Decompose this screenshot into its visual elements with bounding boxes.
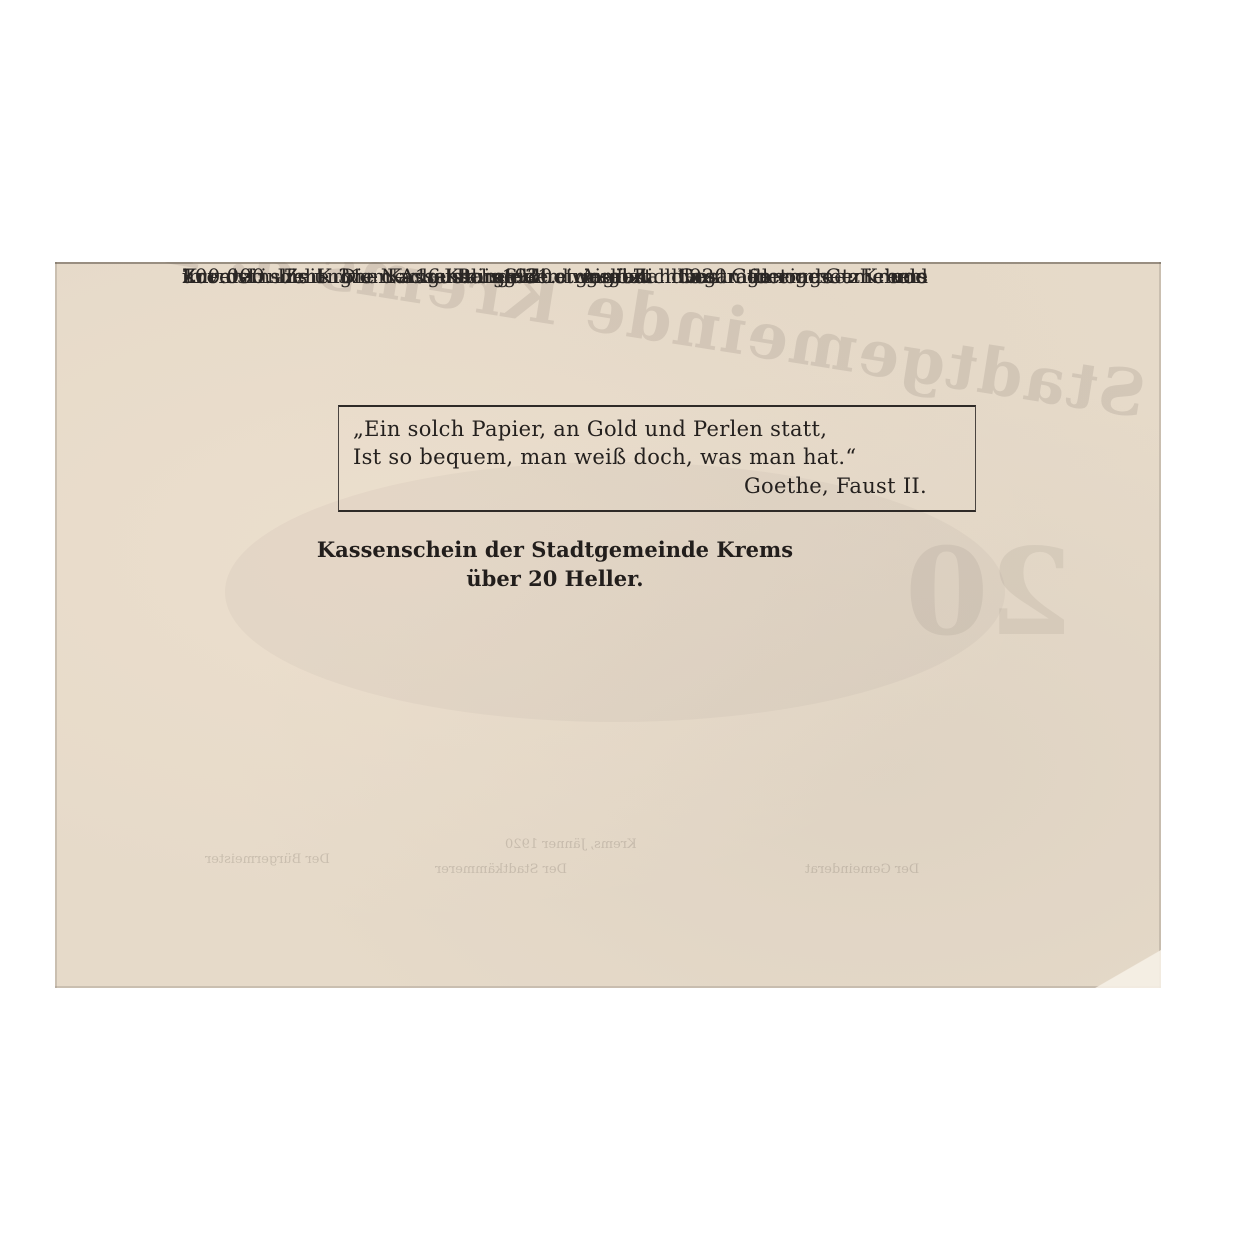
corner-crease	[1091, 943, 1161, 988]
bleed-through-signature-label-2: Der Gemeinderat	[805, 862, 919, 877]
counterfeit-warning: Die Nachahmung wird gesetzlich bestraft.	[182, 262, 928, 290]
bleed-through-date: Krems, Jänner 1920	[505, 837, 637, 852]
bleed-through-signature-label-1: Der Bürgermeister	[205, 852, 330, 867]
quote-line-2: Ist so bequem, man weiß doch, was man ha…	[353, 445, 856, 469]
banknote: Kassenschein der Stadtgemeinde Krems a. …	[55, 262, 1161, 988]
quote-attribution: Goethe, Faust II.	[744, 474, 927, 498]
quote-line-1: „Ein solch Papier, an Gold und Perlen st…	[353, 417, 827, 441]
heading-denomination: über 20 Heller.	[235, 566, 875, 591]
goethe-quote-box: „Ein solch Papier, an Gold und Perlen st…	[338, 405, 976, 512]
heading-title: Kassenschein der Stadtgemeinde Krems	[235, 537, 875, 562]
bleed-through-signature-label-3: Der Stadtkämmerer	[435, 862, 567, 877]
bleed-through-denomination: 20	[905, 522, 1072, 663]
